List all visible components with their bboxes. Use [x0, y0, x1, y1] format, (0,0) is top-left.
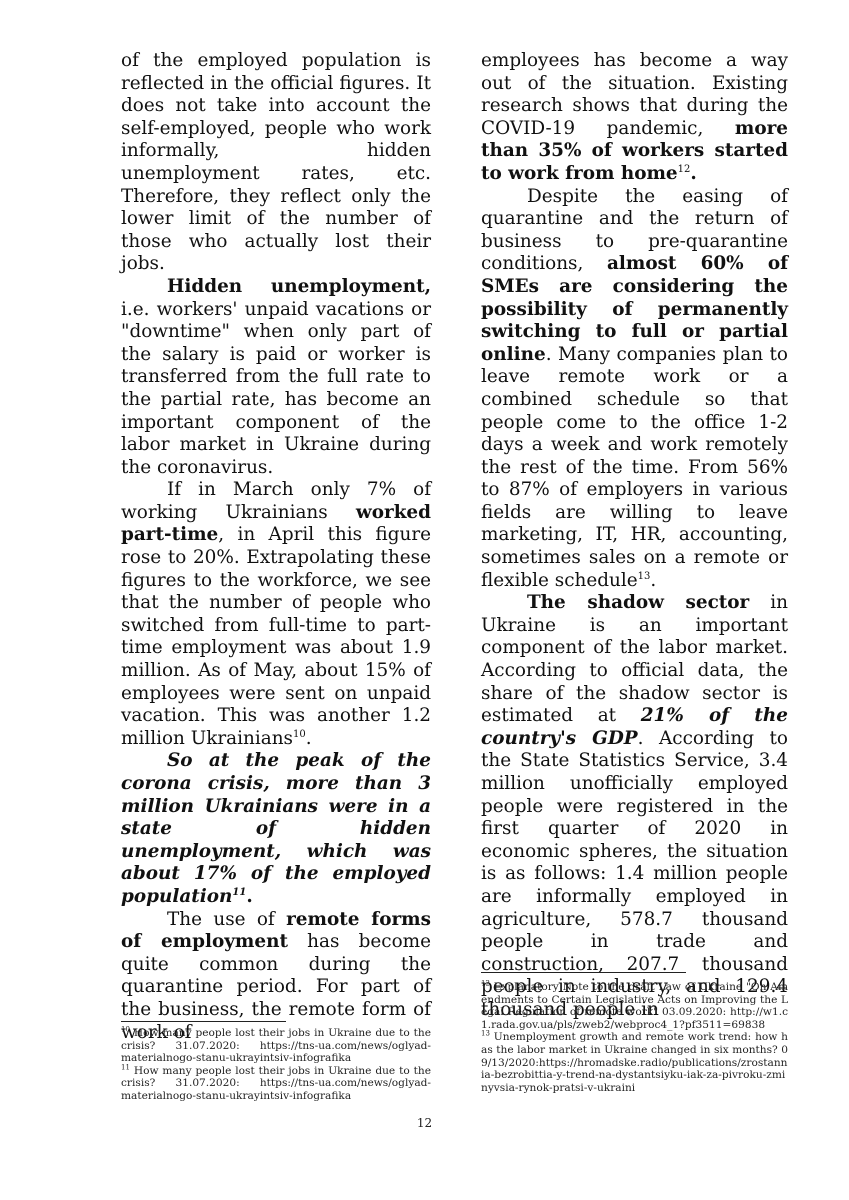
footnote-ref[interactable]: 13	[638, 571, 651, 582]
paragraph-conclusion: So at the peak of the corona crisis, mor…	[121, 750, 431, 908]
footnote-ref[interactable]: 12	[678, 164, 691, 175]
footnote-divider-right	[481, 972, 686, 973]
footnote-text: Unemployment growth and remote work tren…	[481, 1031, 788, 1093]
right-column: employees has become a way out of the si…	[481, 50, 788, 1022]
text: i.e. workers' unpaid vacations or "downt…	[121, 299, 431, 478]
footnotes-left: 10 How many people lost their jobs in Uk…	[121, 1027, 431, 1103]
paragraph: of the employed population is reflected …	[121, 50, 431, 276]
paragraph-hidden-unemployment: Hidden unemployment, i.e. workers' unpai…	[121, 276, 431, 479]
footnote-ref[interactable]: 10	[293, 729, 306, 740]
paragraph-part-time: If in March only 7% of working Ukrainian…	[121, 479, 431, 750]
paragraph-shadow-sector: The shadow sector in Ukraine is an impor…	[481, 592, 788, 1021]
bold-term: The shadow sector	[527, 592, 749, 613]
footnote-11: 11 How many people lost their jobs in Uk…	[121, 1065, 431, 1103]
text: , in April this figure rose to 20%. Extr…	[121, 524, 431, 748]
paragraph-smes: Despite the easing of quarantine and the…	[481, 186, 788, 593]
text: .	[246, 886, 252, 907]
left-column: of the employed population is reflected …	[121, 50, 431, 1044]
footnote-ref[interactable]: 11	[232, 887, 246, 898]
bold-term: Hidden unemployment,	[167, 276, 431, 297]
paragraph: employees has become a way out of the si…	[481, 50, 788, 186]
footnote-text: Explanatory Note to the draft Law of Ukr…	[481, 981, 788, 1031]
text: .	[690, 163, 696, 184]
text: .	[650, 570, 656, 591]
footnote-divider-left	[121, 1021, 286, 1022]
footnote-12: 12 Explanatory Note to the draft Law of …	[481, 981, 788, 1031]
footnote-number: 12	[481, 979, 490, 987]
footnote-number: 10	[121, 1025, 130, 1033]
footnote-text: How many people lost their jobs in Ukrai…	[121, 1027, 431, 1064]
text: . According to the State Statistics Serv…	[481, 728, 788, 1020]
footnote-number: 11	[121, 1063, 130, 1071]
text: .	[306, 728, 312, 749]
footnote-10: 10 How many people lost their jobs in Uk…	[121, 1027, 431, 1065]
paragraph-remote: The use of remote forms of employment ha…	[121, 909, 431, 1045]
page-number: 12	[0, 1116, 849, 1130]
text: . Many companies plan to leave remote wo…	[481, 344, 788, 591]
footnote-number: 13	[481, 1030, 490, 1038]
footnote-text: How many people lost their jobs in Ukrai…	[121, 1065, 431, 1102]
bold-italic-text: So at the peak of the corona crisis, mor…	[121, 750, 431, 907]
footnotes-right: 12 Explanatory Note to the draft Law of …	[481, 981, 788, 1094]
text: The use of	[167, 909, 286, 930]
footnote-13: 13 Unemployment growth and remote work t…	[481, 1031, 788, 1094]
